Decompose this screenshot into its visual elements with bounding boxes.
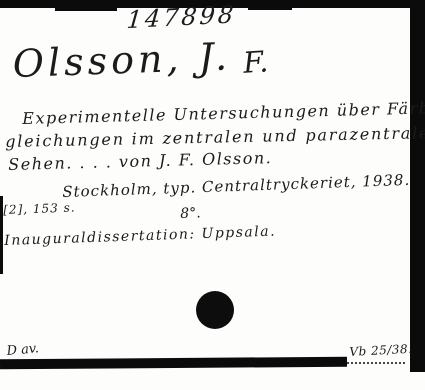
title-line-1: Experimentelle Untersuchungen über Färbe… xyxy=(22,98,425,128)
scan-edge-right xyxy=(410,0,425,372)
imprint-line: Stockholm, typ. Centraltryckeriet, 1938. xyxy=(62,171,410,201)
scan-edge-top-blotch-right xyxy=(248,0,292,10)
dissertation-note: Inauguraldissertation: Uppsala. xyxy=(4,224,276,249)
author-heading-initial: F. xyxy=(242,44,269,80)
scan-edge-top-blotch-left xyxy=(55,0,117,11)
title-line-3: Sehen. . . . von J. F. Olsson. xyxy=(8,148,272,174)
author-heading: Olsson, J. xyxy=(12,34,232,86)
scan-edge-bottom-dotted xyxy=(347,362,405,364)
shelfmark-bottom-right: Vb 25/38. xyxy=(349,342,413,359)
collation-statement: [2], 153 s. xyxy=(3,200,76,217)
shelfmark-bottom-left: D av. xyxy=(6,341,39,359)
punch-hole-dot xyxy=(196,291,234,329)
format-size: 8°. xyxy=(180,205,201,222)
accession-number: 147898 xyxy=(126,0,238,34)
scan-edge-bottom xyxy=(0,357,347,369)
catalog-card-scan: 147898 Olsson, J. F. Experimentelle Unte… xyxy=(0,0,425,390)
title-line-2: gleichungen im zentralen und parazentral… xyxy=(5,123,425,151)
